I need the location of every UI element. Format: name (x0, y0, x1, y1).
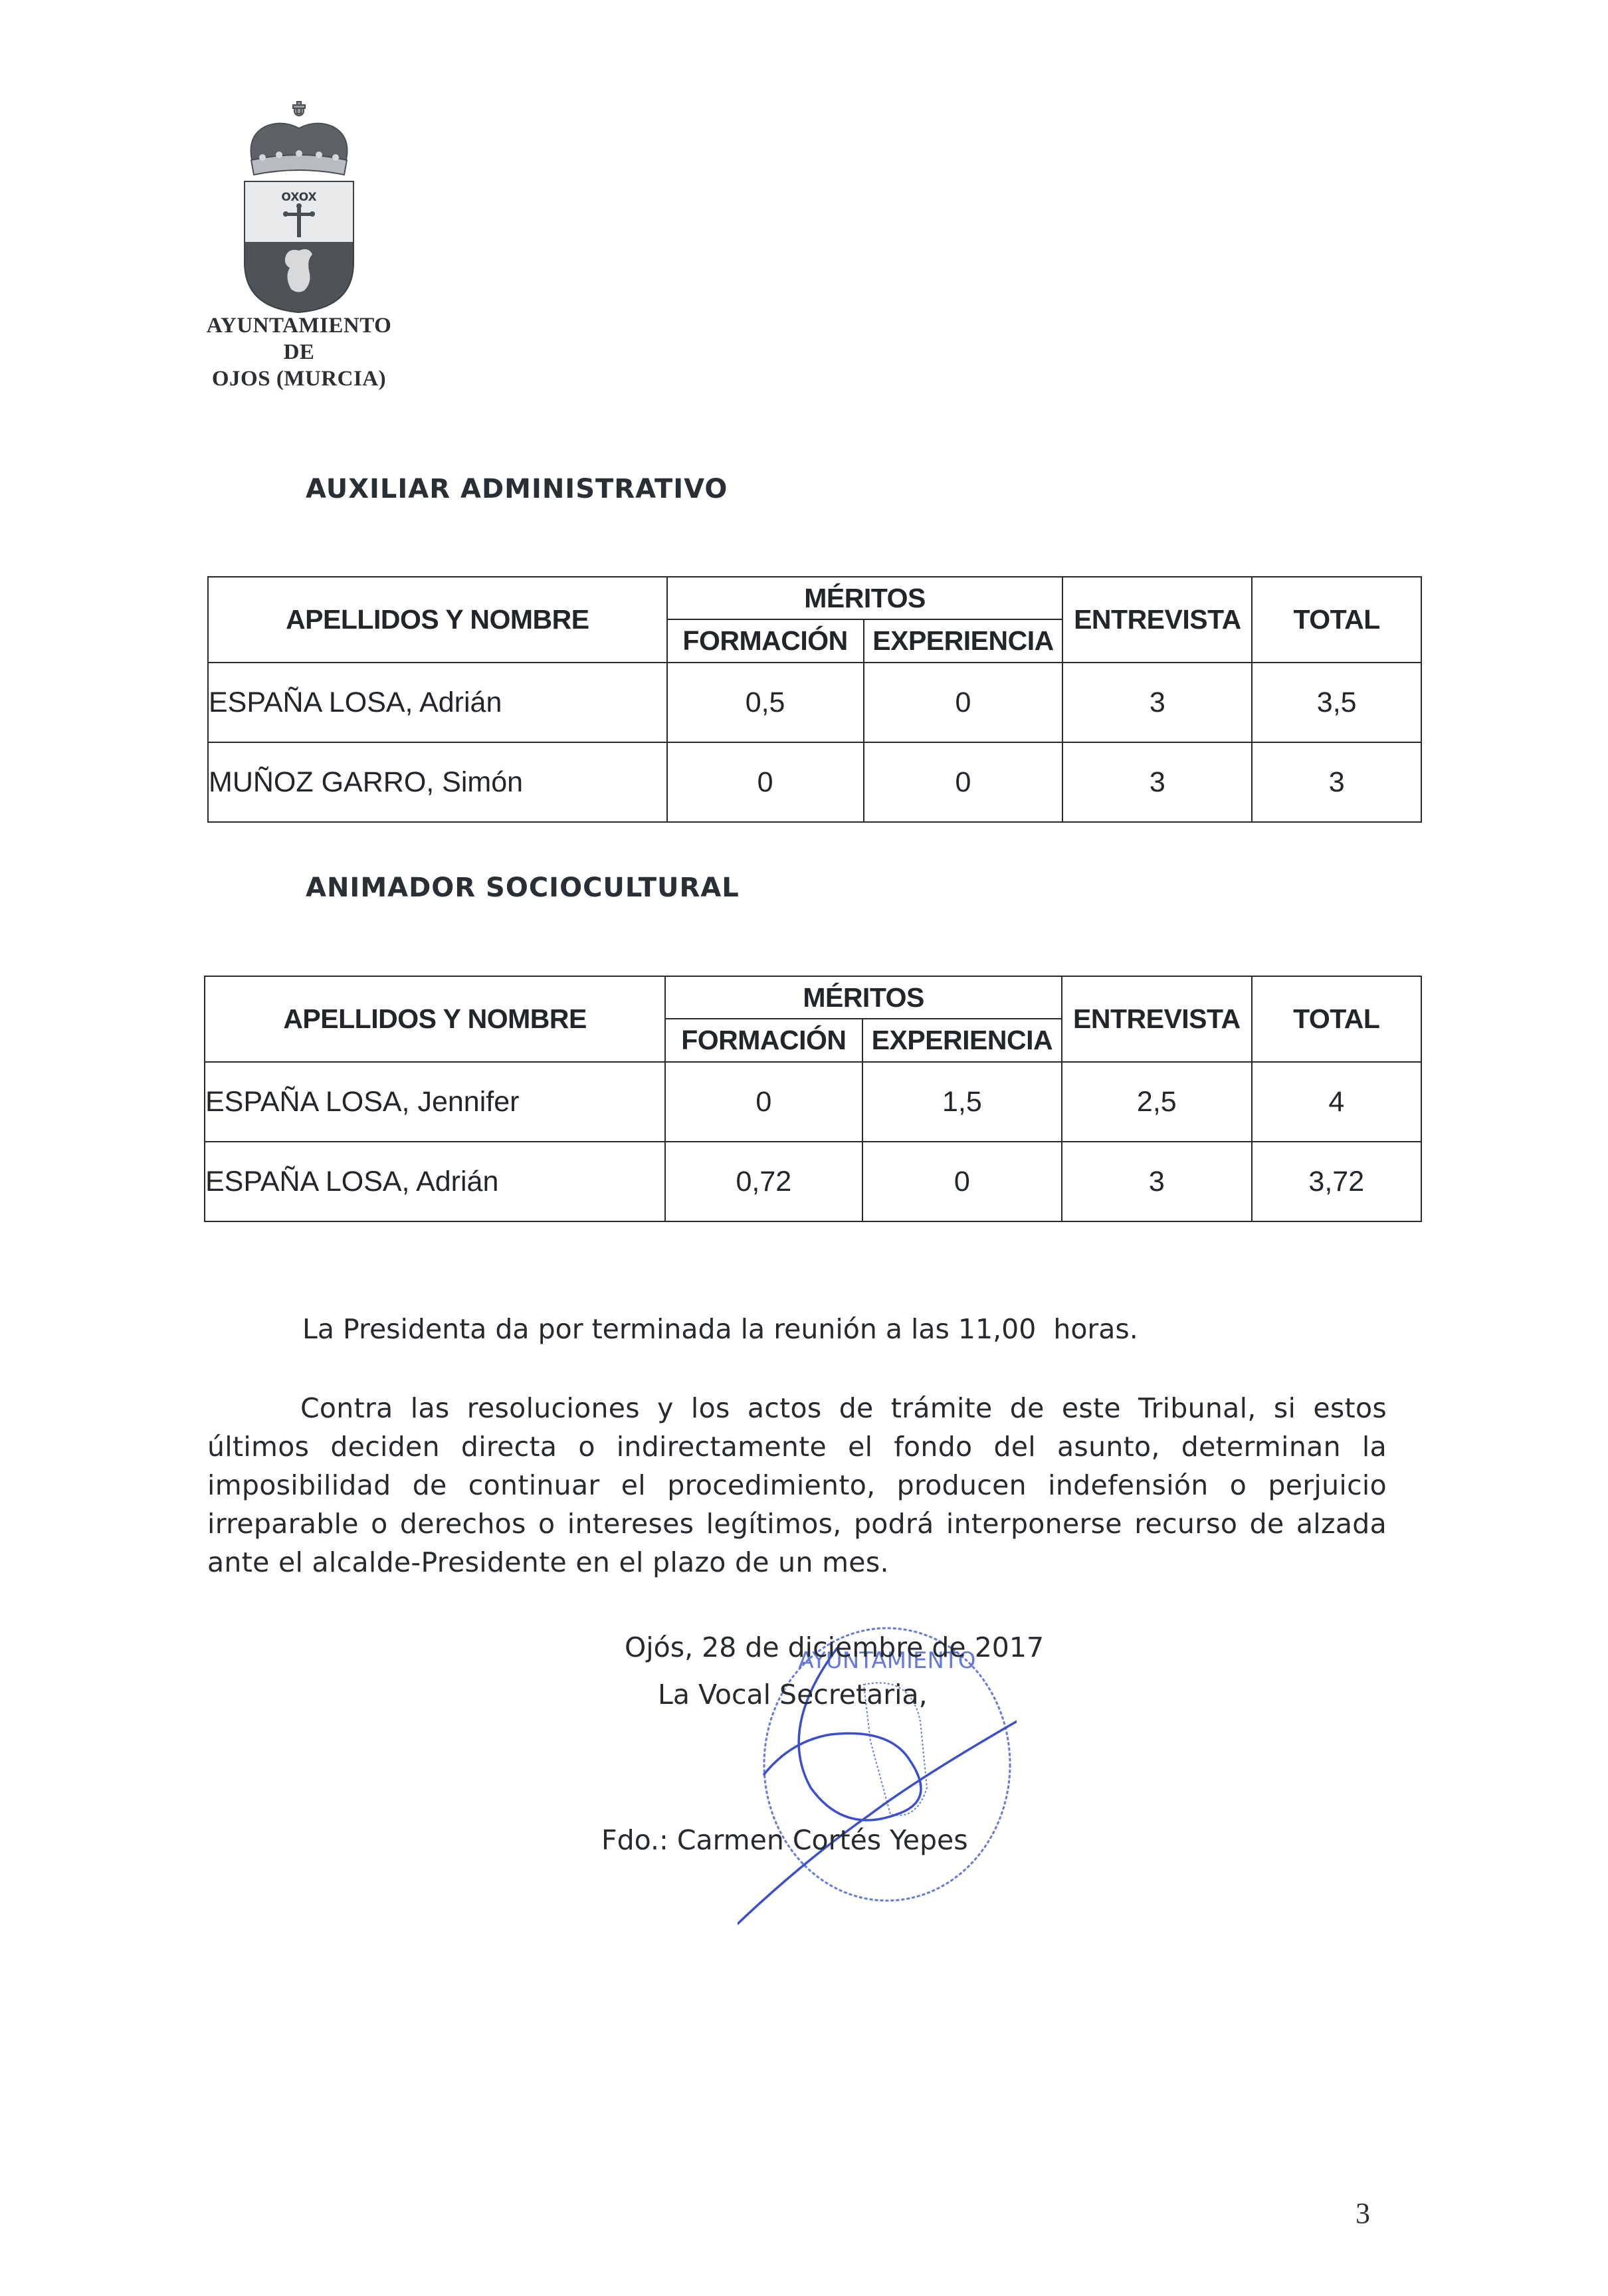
table-row: ESPAÑA LOSA, Jennifer 0 1,5 2,5 4 (205, 1062, 1421, 1142)
header-formacion: FORMACIÓN (667, 619, 864, 663)
cell-formacion: 0 (667, 742, 864, 822)
cell-experiencia: 0 (864, 663, 1063, 742)
table-row: MUÑOZ GARRO, Simón 0 0 3 3 (208, 742, 1421, 822)
signature-role: La Vocal Secretaria, (658, 1679, 928, 1711)
table-row: ESPAÑA LOSA, Adrián 0,5 0 3 3,5 (208, 663, 1421, 742)
header-name: APELLIDOS Y NOMBRE (208, 577, 667, 663)
closing-statement: La Presidenta da por terminada la reunió… (302, 1313, 1138, 1345)
header-entrevista: ENTREVISTA (1062, 976, 1251, 1062)
header-entrevista: ENTREVISTA (1062, 577, 1252, 663)
coat-of-arms-icon: OXOX (226, 96, 372, 316)
appeal-notice: Contra las resoluciones y los actos de t… (207, 1389, 1387, 1582)
section-title-auxiliar: AUXILIAR ADMINISTRATIVO (306, 474, 728, 504)
cell-entrevista: 2,5 (1062, 1062, 1251, 1142)
cell-total: 4 (1252, 1062, 1421, 1142)
org-line-1: AYUNTAMIENTO (199, 312, 399, 339)
organization-name: AYUNTAMIENTO DE OJOS (MURCIA) (199, 312, 399, 392)
cell-entrevista: 3 (1062, 663, 1252, 742)
section-title-animador: ANIMADOR SOCIOCULTURAL (306, 873, 740, 903)
svg-text:OXOX: OXOX (281, 191, 316, 204)
org-line-3: OJOS (MURCIA) (199, 365, 399, 392)
org-line-2: DE (199, 339, 399, 365)
signature-name: Fdo.: Carmen Cortés Yepes (601, 1824, 968, 1856)
header-formacion: FORMACIÓN (665, 1019, 862, 1062)
header-meritos: MÉRITOS (665, 976, 1062, 1019)
cell-experiencia: 1,5 (862, 1062, 1062, 1142)
cell-formacion: 0,5 (667, 663, 864, 742)
table-row: ESPAÑA LOSA, Adrián 0,72 0 3 3,72 (205, 1142, 1421, 1221)
cell-name: ESPAÑA LOSA, Jennifer (205, 1062, 665, 1142)
scores-table-auxiliar: APELLIDOS Y NOMBRE MÉRITOS ENTREVISTA TO… (207, 576, 1422, 823)
cell-formacion: 0 (665, 1062, 862, 1142)
header-experiencia: EXPERIENCIA (862, 1019, 1062, 1062)
header-total: TOTAL (1252, 577, 1421, 663)
cell-name: ESPAÑA LOSA, Adrián (208, 663, 667, 742)
header-experiencia: EXPERIENCIA (864, 619, 1063, 663)
cell-total: 3,72 (1252, 1142, 1421, 1221)
stamp-signature-icon: AYUNTAMIENTO (738, 1621, 1017, 1934)
cell-entrevista: 3 (1062, 1142, 1251, 1221)
cell-experiencia: 0 (862, 1142, 1062, 1221)
official-stamp: AYUNTAMIENTO (738, 1621, 1017, 1934)
cell-name: ESPAÑA LOSA, Adrián (205, 1142, 665, 1221)
cell-total: 3,5 (1252, 663, 1421, 742)
header-name: APELLIDOS Y NOMBRE (205, 976, 665, 1062)
cell-experiencia: 0 (864, 742, 1063, 822)
page-number: 3 (1356, 2196, 1370, 2230)
cell-name: MUÑOZ GARRO, Simón (208, 742, 667, 822)
header-total: TOTAL (1252, 976, 1421, 1062)
header-meritos: MÉRITOS (667, 577, 1063, 619)
cell-total: 3 (1252, 742, 1421, 822)
scores-table-animador: APELLIDOS Y NOMBRE MÉRITOS ENTREVISTA TO… (204, 976, 1422, 1222)
cell-formacion: 0,72 (665, 1142, 862, 1221)
municipal-crest: OXOX (226, 96, 372, 316)
signature-date: Ojós, 28 de diciembre de 2017 (625, 1631, 1044, 1663)
cell-entrevista: 3 (1062, 742, 1252, 822)
